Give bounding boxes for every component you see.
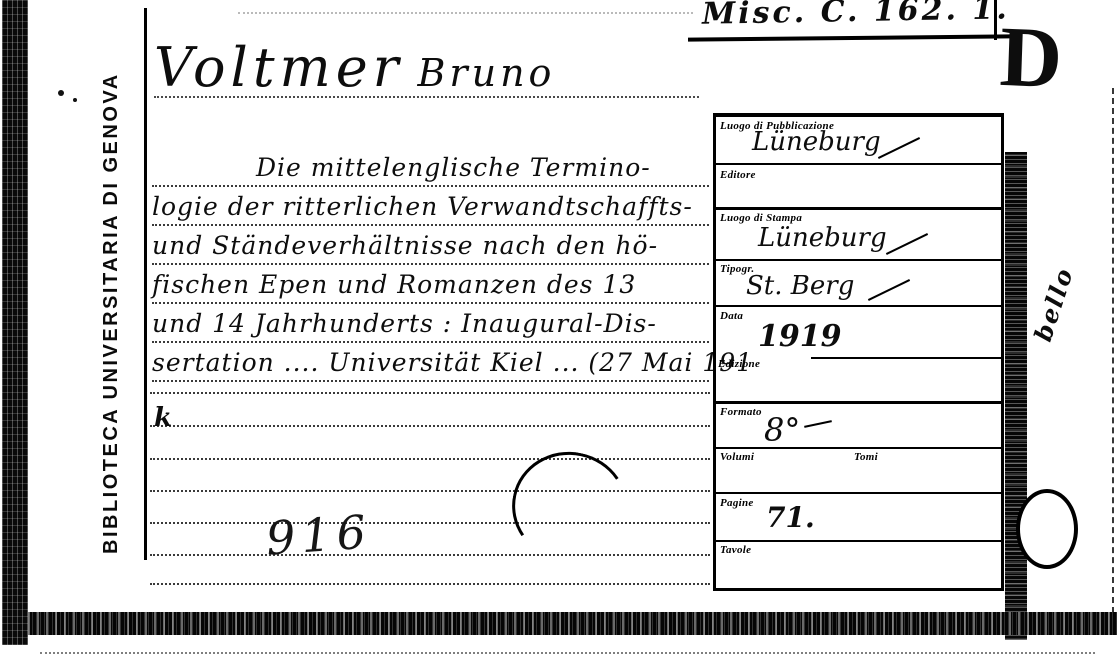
library-name-vertical: BIBLIOTECA UNIVERSITARIA DI GENOVA: [100, 46, 123, 554]
title-line: sertation .... Universität Kiel ... (27 …: [152, 343, 709, 382]
author-forename: Bruno: [418, 51, 556, 95]
stamp-letter-d: D: [999, 13, 1064, 101]
ruled-line: [150, 425, 710, 427]
scan-noise-row: [40, 652, 1095, 654]
side-note-handwritten: bello: [1028, 263, 1079, 345]
ink-speck: [58, 90, 64, 96]
field-label-tomi: Tomi: [854, 451, 878, 463]
pen-flourish: [886, 233, 928, 255]
field-label-edizione: Edizione: [718, 358, 760, 370]
scan-edge-right-band: [1005, 152, 1027, 640]
card-bottom-edge: [28, 612, 1117, 635]
field-value-pagine: 71.: [766, 501, 815, 534]
adjacent-card-edge: [1112, 88, 1114, 613]
shelfmark-underline: [688, 34, 1010, 41]
punch-hole: [1016, 489, 1078, 569]
ruled-line: [150, 583, 710, 585]
field-value-tipografo: St. Berg: [746, 271, 854, 301]
title-line: und 14 Jahrhunderts : Inaugural-Dis-: [152, 304, 709, 343]
catalog-card-scan: BIBLIOTECA UNIVERSITARIA DI GENOVA Misc.…: [0, 0, 1117, 670]
title-block: Die mittelenglische Termino- logie der r…: [152, 148, 709, 382]
form-line: [716, 259, 1001, 261]
ruled-line: [150, 522, 710, 524]
form-line: [716, 492, 1001, 494]
author-surname: Voltmer: [154, 36, 404, 99]
ruled-line: [150, 392, 710, 394]
field-value-formato: 8°: [764, 411, 800, 449]
ruled-line: [150, 554, 710, 556]
ruled-line: [150, 458, 710, 460]
form-line: [811, 357, 1001, 359]
scan-edge-left: [2, 0, 28, 645]
ink-speck: [73, 98, 77, 102]
title-line: Die mittelenglische Termino-: [152, 148, 709, 187]
field-value-luogo-stampa: Lüneburg: [758, 223, 887, 253]
form-line: [716, 207, 1001, 210]
form-line: [716, 447, 1001, 449]
field-label-data: Data: [720, 310, 743, 322]
vertical-rule: [144, 8, 147, 560]
title-line: fischen Epen und Romanzen des 13: [152, 265, 709, 304]
pen-flourish: [868, 279, 910, 301]
ruled-line: [150, 490, 710, 492]
shelfmark-handwritten: Misc. C. 162. 1.: [702, 0, 1013, 32]
title-line: und Ständeverhältnisse nach den hö-: [152, 226, 709, 265]
field-value-data: 1919: [758, 319, 842, 354]
author-heading: VoltmerBruno: [154, 40, 699, 98]
field-label-pagine: Pagine: [720, 497, 754, 509]
form-line: [716, 163, 1001, 165]
pen-flourish: [804, 420, 832, 428]
field-label-formato: Formato: [720, 406, 762, 418]
field-label-volumi: Volumi: [720, 451, 754, 463]
form-line: [716, 305, 1001, 307]
field-label-editore: Editore: [720, 169, 756, 181]
scan-mark: [994, 0, 997, 40]
ink-mark: k: [154, 403, 172, 433]
field-label-tavole: Tavole: [720, 544, 751, 556]
ruled-dots-top: [238, 12, 693, 14]
title-line: logie der ritterlichen Verwandtschaffts-: [152, 187, 709, 226]
bibliographic-form: Luogo di Pubblicazione Lüneburg Editore …: [713, 113, 1004, 591]
form-line: [716, 540, 1001, 542]
pencil-shelf-number: 916: [264, 504, 373, 565]
field-value-luogo-pubblicazione: Lüneburg: [752, 127, 881, 157]
pen-flourish: [878, 137, 920, 159]
form-line: [716, 401, 1001, 404]
